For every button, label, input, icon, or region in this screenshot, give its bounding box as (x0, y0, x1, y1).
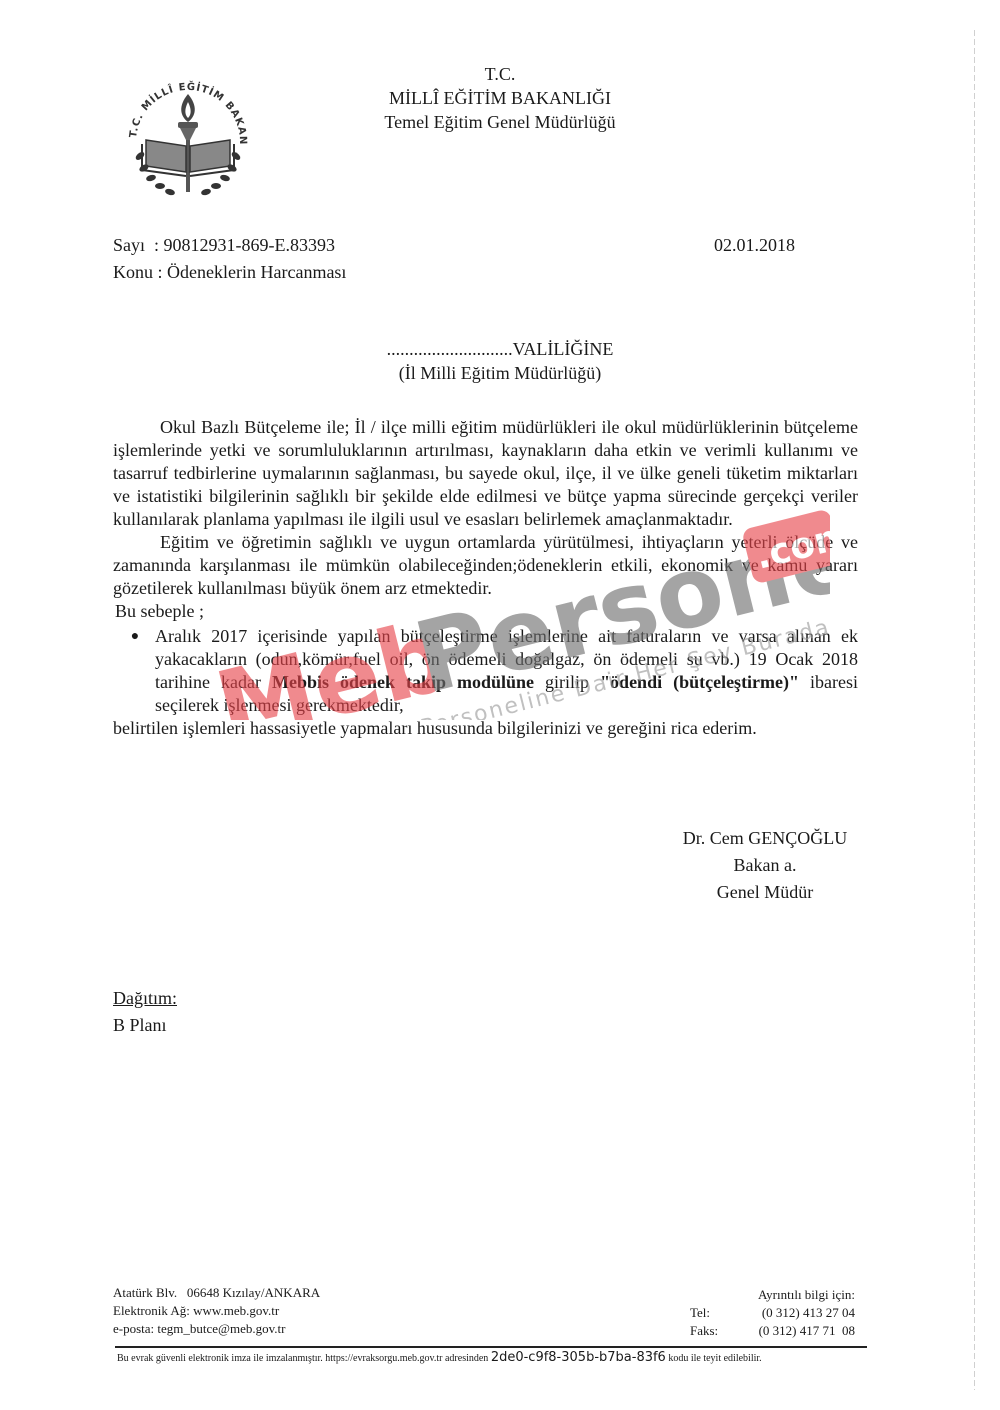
addressee: ............................VALİLİĞİNE (… (340, 337, 660, 385)
document-meta: Sayı : 90812931-869-E.83393 Konu : Ödene… (113, 232, 346, 286)
bullet-bold-module: Mebbis ödenek takip modülüne (272, 672, 534, 692)
bullet-text-part2: girilip (534, 672, 600, 692)
signatory-name: Dr. Cem GENÇOĞLU (640, 825, 890, 852)
footer-address: Atatürk Blv. 06648 Kızılay/ANKARA (113, 1284, 320, 1302)
verification-prefix: Bu evrak güvenli elektronik imza ile imz… (117, 1353, 491, 1364)
letterhead-directorate: Temel Eğitim Genel Müdürlüğü (340, 110, 660, 134)
distribution-value: B Planı (113, 1012, 177, 1039)
bullet-bold-status: "ödendi (bütçeleştirme)" (600, 672, 799, 692)
verification-suffix: kodu ile teyit edilebilir. (666, 1353, 762, 1364)
sayi-label: Sayı (113, 235, 145, 255)
addressee-line: ............................VALİLİĞİNE (340, 337, 660, 361)
konu-row: Konu : Ödeneklerin Harcanması (113, 259, 346, 286)
distribution: Dağıtım: B Planı (113, 985, 177, 1039)
letterhead: T.C. MİLLÎ EĞİTİM BAKANLIĞI Temel Eğitim… (340, 62, 660, 134)
signature-block: Dr. Cem GENÇOĞLU Bakan a. Genel Müdür (640, 825, 890, 906)
signatory-title-1: Bakan a. (640, 852, 890, 879)
bullet-item: ● Aralık 2017 içerisinde yapılan bütçele… (113, 625, 858, 717)
footer-info-label: Ayrıntılı bilgi için: (690, 1286, 855, 1304)
body-closing: belirtilen işlemleri hassasiyetle yapmal… (113, 717, 858, 740)
scan-artifact-line (974, 30, 975, 1390)
footer-contact: Atatürk Blv. 06648 Kızılay/ANKARA Elektr… (113, 1284, 320, 1338)
footer-tel-label: Tel: (690, 1304, 710, 1322)
body-sebep: Bu sebeple ; (113, 600, 858, 623)
distribution-label: Dağıtım: (113, 985, 177, 1012)
footer-tel-row: Tel: (0 312) 413 27 04 (690, 1304, 855, 1322)
sayi-row: Sayı : 90812931-869-E.83393 (113, 232, 346, 259)
sayi-value: 90812931-869-E.83393 (164, 235, 335, 255)
footer-fax-label: Faks: (690, 1322, 718, 1340)
meb-seal-icon: T.C. MİLLÎ EĞİTİM BAKANLIĞI (118, 72, 258, 202)
verification-code: 2de0-c9f8-305b-b7ba-83f6 (491, 1350, 666, 1365)
footer-fax-row: Faks: (0 312) 417 71 08 (690, 1322, 855, 1340)
footer-tel-value: (0 312) 413 27 04 (762, 1304, 855, 1322)
letter-body: Okul Bazlı Bütçeleme ile; İl / ilçe mill… (113, 416, 858, 740)
body-paragraph-2: Eğitim ve öğretimin sağlıklı ve uygun or… (113, 531, 858, 600)
letterhead-tc: T.C. (340, 62, 660, 86)
footer-fax-value: (0 312) 417 71 08 (759, 1322, 855, 1340)
addressee-subline: (İl Milli Eğitim Müdürlüğü) (340, 361, 660, 385)
body-paragraph-1: Okul Bazlı Bütçeleme ile; İl / ilçe mill… (113, 416, 858, 531)
footer-divider (115, 1346, 867, 1348)
footer-web: Elektronik Ağ: www.meb.gov.tr (113, 1302, 320, 1320)
konu-value: Ödeneklerin Harcanması (167, 262, 346, 282)
konu-label: Konu (113, 262, 153, 282)
bullet-text: Aralık 2017 içerisinde yapılan bütçeleşt… (155, 625, 858, 717)
letterhead-ministry: MİLLÎ EĞİTİM BAKANLIĞI (340, 86, 660, 110)
verification-line: Bu evrak güvenli elektronik imza ile imz… (117, 1350, 877, 1367)
footer-info: Ayrıntılı bilgi için: Tel: (0 312) 413 2… (690, 1286, 855, 1340)
signatory-title-2: Genel Müdür (640, 879, 890, 906)
document-date: 02.01.2018 (714, 232, 795, 259)
footer-email: e-posta: tegm_butce@meb.gov.tr (113, 1320, 320, 1338)
bullet-dot-icon: ● (113, 625, 155, 717)
